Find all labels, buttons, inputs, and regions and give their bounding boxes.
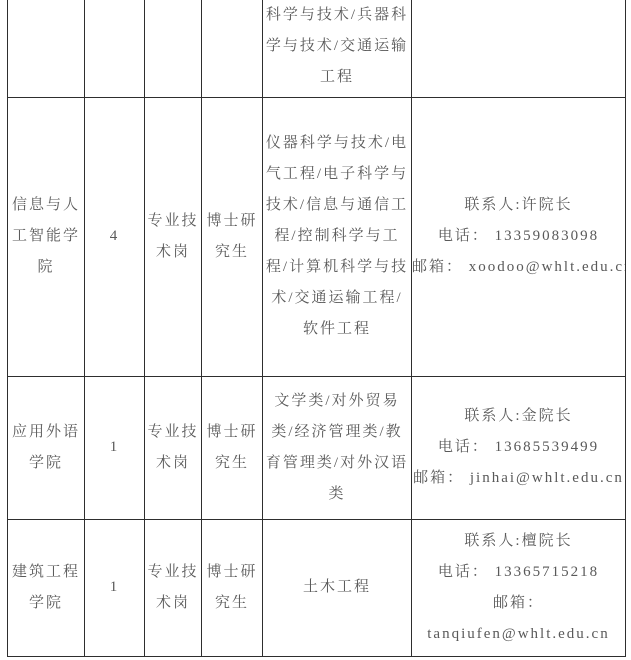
contact-cell: 联系人:檀院长 电话： 13365715218 邮箱： tanqiufen@wh… [412, 519, 626, 656]
contact-phone: 电话： 13365715218 [412, 557, 625, 588]
college-cell: 建筑工程学院 [8, 519, 85, 656]
post-type-cell: 专业技术岗 [145, 376, 202, 519]
contact-cell: 联系人:金院长 电话： 13685539499 邮箱： jinhai@whlt.… [412, 376, 626, 519]
post-type-cell: 专业技术岗 [145, 519, 202, 656]
contact-email-label: 邮箱： [412, 588, 625, 619]
table-row: 应用外语学院 1 专业技术岗 博士研究生 文学类/对外贸易类/经济管理类/教育管… [8, 376, 626, 519]
contact-phone: 电话： 13685539499 [412, 432, 625, 463]
contact-person: 联系人:檀院长 [412, 526, 625, 557]
document-page: 科学与技术/兵器科学与技术/交通运输工程 信息与人工智能学院 4 专业技术岗 博… [0, 0, 631, 660]
degree-cell: 博士研究生 [202, 97, 263, 376]
contact-person: 联系人:许院长 [412, 190, 625, 221]
count-cell: 1 [85, 519, 145, 656]
majors-cell: 文学类/对外贸易类/经济管理类/教育管理类/对外汉语类 [263, 376, 412, 519]
contact-email: 邮箱： xoodoo@whlt.edu.cn [412, 252, 625, 283]
degree-cell: 博士研究生 [202, 376, 263, 519]
contact-person: 联系人:金院长 [412, 401, 625, 432]
table-row: 建筑工程学院 1 专业技术岗 博士研究生 土木工程 联系人:檀院长 电话： 13… [8, 519, 626, 656]
degree-cell: 博士研究生 [202, 519, 263, 656]
college-cell [8, 0, 85, 97]
table-row: 信息与人工智能学院 4 专业技术岗 博士研究生 仪器科学与技术/电气工程/电子科… [8, 97, 626, 376]
contact-email: 邮箱： jinhai@whlt.edu.cn [412, 463, 625, 494]
majors-cell: 土木工程 [263, 519, 412, 656]
recruitment-table: 科学与技术/兵器科学与技术/交通运输工程 信息与人工智能学院 4 专业技术岗 博… [7, 0, 626, 657]
count-cell: 4 [85, 97, 145, 376]
contact-cell: 联系人:许院长 电话： 13359083098 邮箱： xoodoo@whlt.… [412, 97, 626, 376]
contact-phone: 电话： 13359083098 [412, 221, 625, 252]
college-cell: 应用外语学院 [8, 376, 85, 519]
contact-cell [412, 0, 626, 97]
count-cell [85, 0, 145, 97]
contact-email: tanqiufen@whlt.edu.cn [412, 619, 625, 650]
post-type-cell [145, 0, 202, 97]
majors-cell: 科学与技术/兵器科学与技术/交通运输工程 [263, 0, 412, 97]
college-cell: 信息与人工智能学院 [8, 97, 85, 376]
count-cell: 1 [85, 376, 145, 519]
majors-cell: 仪器科学与技术/电气工程/电子科学与技术/信息与通信工程/控制科学与工程/计算机… [263, 97, 412, 376]
post-type-cell: 专业技术岗 [145, 97, 202, 376]
degree-cell [202, 0, 263, 97]
table-row: 科学与技术/兵器科学与技术/交通运输工程 [8, 0, 626, 97]
